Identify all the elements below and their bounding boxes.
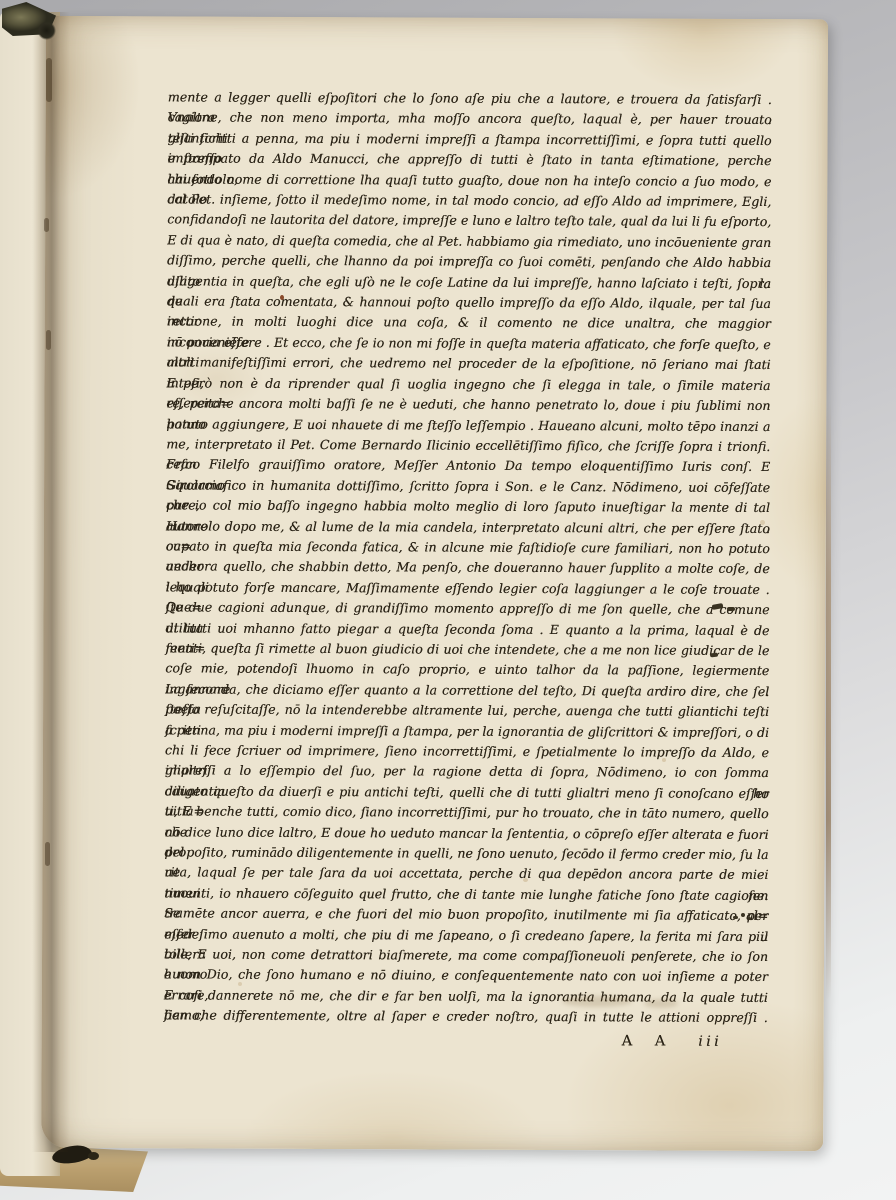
text-line: a penna, ma piu i moderni impreſſi a ſta…	[165, 720, 769, 743]
margin-ink-mark	[733, 916, 738, 919]
text-line: confidandoſi ne lautorita del datore, im…	[167, 210, 771, 233]
text-line: Hannolo dopo me, & al lume de la mia can…	[166, 516, 770, 539]
text-line: timenti, io nhauero cōſeguito quel frutt…	[164, 883, 768, 906]
text-line: anchora quello, che shabbin detto, Ma pe…	[166, 557, 770, 580]
gutter-shadow	[32, 12, 70, 1152]
text-line: cauato queſto da diuerſi e piu antichi t…	[165, 781, 769, 804]
margin-ink-mark	[748, 917, 751, 920]
text-line: bile, E uoi, non come detrattori biaſmer…	[164, 944, 768, 967]
text-line: tramēte ancor auerra, e che fuori del mi…	[164, 904, 768, 927]
fore-edge-line	[826, 400, 831, 1000]
text-line: potuto aggiungere, E uoi nhauete di me ſ…	[166, 414, 770, 437]
text-line: medeſimo auenuto a molti, che piu di me …	[164, 924, 768, 947]
text-line: re, perche ancora molti baſſi ſe ne è ue…	[166, 393, 770, 416]
leaf-number: iii	[698, 1033, 722, 1049]
text-line: di tutti uoi mhanno fatto piegar a queſt…	[165, 618, 769, 641]
gutter-stain	[46, 58, 52, 102]
text-line: E di qua è nato, di queſta comedia, che …	[167, 230, 771, 253]
foxing-dot	[238, 982, 242, 986]
foxing-dot	[662, 758, 666, 762]
text-line: E però non è da riprender qual ſi uoglia…	[166, 373, 770, 396]
text-line: cagione, che non meno importa, mha moſſo…	[168, 108, 772, 131]
book-photo: mente a legger quelli eſpoſitori che lo …	[0, 0, 896, 1200]
text-line: cupato in queſta mia ſeconda fatica, & i…	[166, 536, 770, 559]
text-line: e ſtampato da Aldo Manucci, che appreſſo…	[167, 149, 771, 172]
text-line: e non Dio, che ſono humano e nō diuino, …	[164, 965, 768, 988]
red-speck	[280, 295, 284, 300]
foxing-dot	[760, 520, 765, 525]
text-line: quali era ſtata comentata, & hannoui poſ…	[167, 291, 771, 314]
book-page: mente a legger quelli eſpoſitori che lo …	[41, 16, 828, 1151]
text-line: col Pet. inſieme, ſotto il medeſimo nome…	[167, 189, 771, 212]
gutter-stain	[44, 218, 49, 232]
text-line: nō poria eſſere . Et ecco, che ſe io non…	[167, 332, 771, 355]
text-line: ben che differentemente, oltre al ſaper …	[164, 1006, 768, 1029]
ink-transfer-smudge	[562, 996, 632, 1007]
text-line: altri manifeſtiſſimi errori, che uedremo…	[167, 353, 771, 376]
margin-ink-mark	[727, 607, 735, 611]
text-line: impreſſi a lo eſſempio del ſuo, per la r…	[165, 761, 769, 784]
text-line: coſe mie, potendoſi lhuomo in caſo propr…	[165, 659, 769, 682]
text-block: mente a legger quelli eſpoſitori che lo …	[164, 87, 772, 1051]
text-line: nō dice luno dice laltro, E doue ho uedu…	[165, 822, 769, 845]
text-line: ceſco Filelfo grauiſſimo oratore, Meſſer…	[166, 455, 770, 478]
text-line: ſte due cagioni adunque, di grandiſſimo …	[166, 598, 770, 621]
text-line: menti, queſta ſi rimette al buon giudici…	[165, 638, 769, 661]
text-line: che io col mio baſſo ingegno habbia molt…	[166, 495, 770, 518]
foxing-dot	[523, 878, 528, 882]
text-line: La ſeconda, che diciamo eſſer quanto a l…	[165, 679, 769, 702]
text-line: Squarciafico in humanita dottiſſimo, ſcr…	[166, 475, 770, 498]
gutter-stain	[46, 330, 51, 350]
signature-line: A Aiii	[164, 1027, 768, 1052]
text-line: mente a legger quelli eſpoſitori che lo …	[168, 87, 772, 110]
text-line: ti, E benche tutti, comio dico, ſiano in…	[165, 802, 769, 825]
foxing-dot	[340, 424, 344, 428]
text-line: teſti ſcritti a penna, ma piu i moderni …	[168, 128, 772, 151]
text-line: diſſimo, perche quelli, che lhanno da po…	[167, 251, 771, 274]
gathering-signature: A A	[622, 1033, 675, 1049]
text-line: diligentia in queſta, che egli uſò ne le…	[167, 271, 771, 294]
text-line: ſteſſo reſuſcitaſſe, nō la intenderebbe …	[165, 700, 769, 723]
text-line: rita, laqual ſe per tale ſara da uoi acc…	[164, 863, 768, 886]
text-line: propoſito, ruminādo diligentemente in qu…	[164, 842, 768, 865]
text-line: i ho potuto forſe mancare, Maſſimamente …	[166, 577, 770, 600]
text-line: chi ſotto nome di correttione lha quaſi …	[167, 169, 771, 192]
text-line: rettione, in molti luoghi dice una coſa,…	[167, 312, 771, 335]
gutter-stain	[45, 842, 50, 866]
text-line: E coſi dannerete nō me, che dir e far be…	[164, 985, 768, 1008]
ink-transfer-smudge	[644, 999, 678, 1008]
ink-blot	[88, 1152, 99, 1160]
text-line: me, interpretato il Pet. Come Bernardo I…	[166, 434, 770, 457]
margin-ink-mark	[741, 913, 745, 917]
text-line: chi li fece ſcriuer od imprimere, ſieno …	[165, 740, 769, 763]
